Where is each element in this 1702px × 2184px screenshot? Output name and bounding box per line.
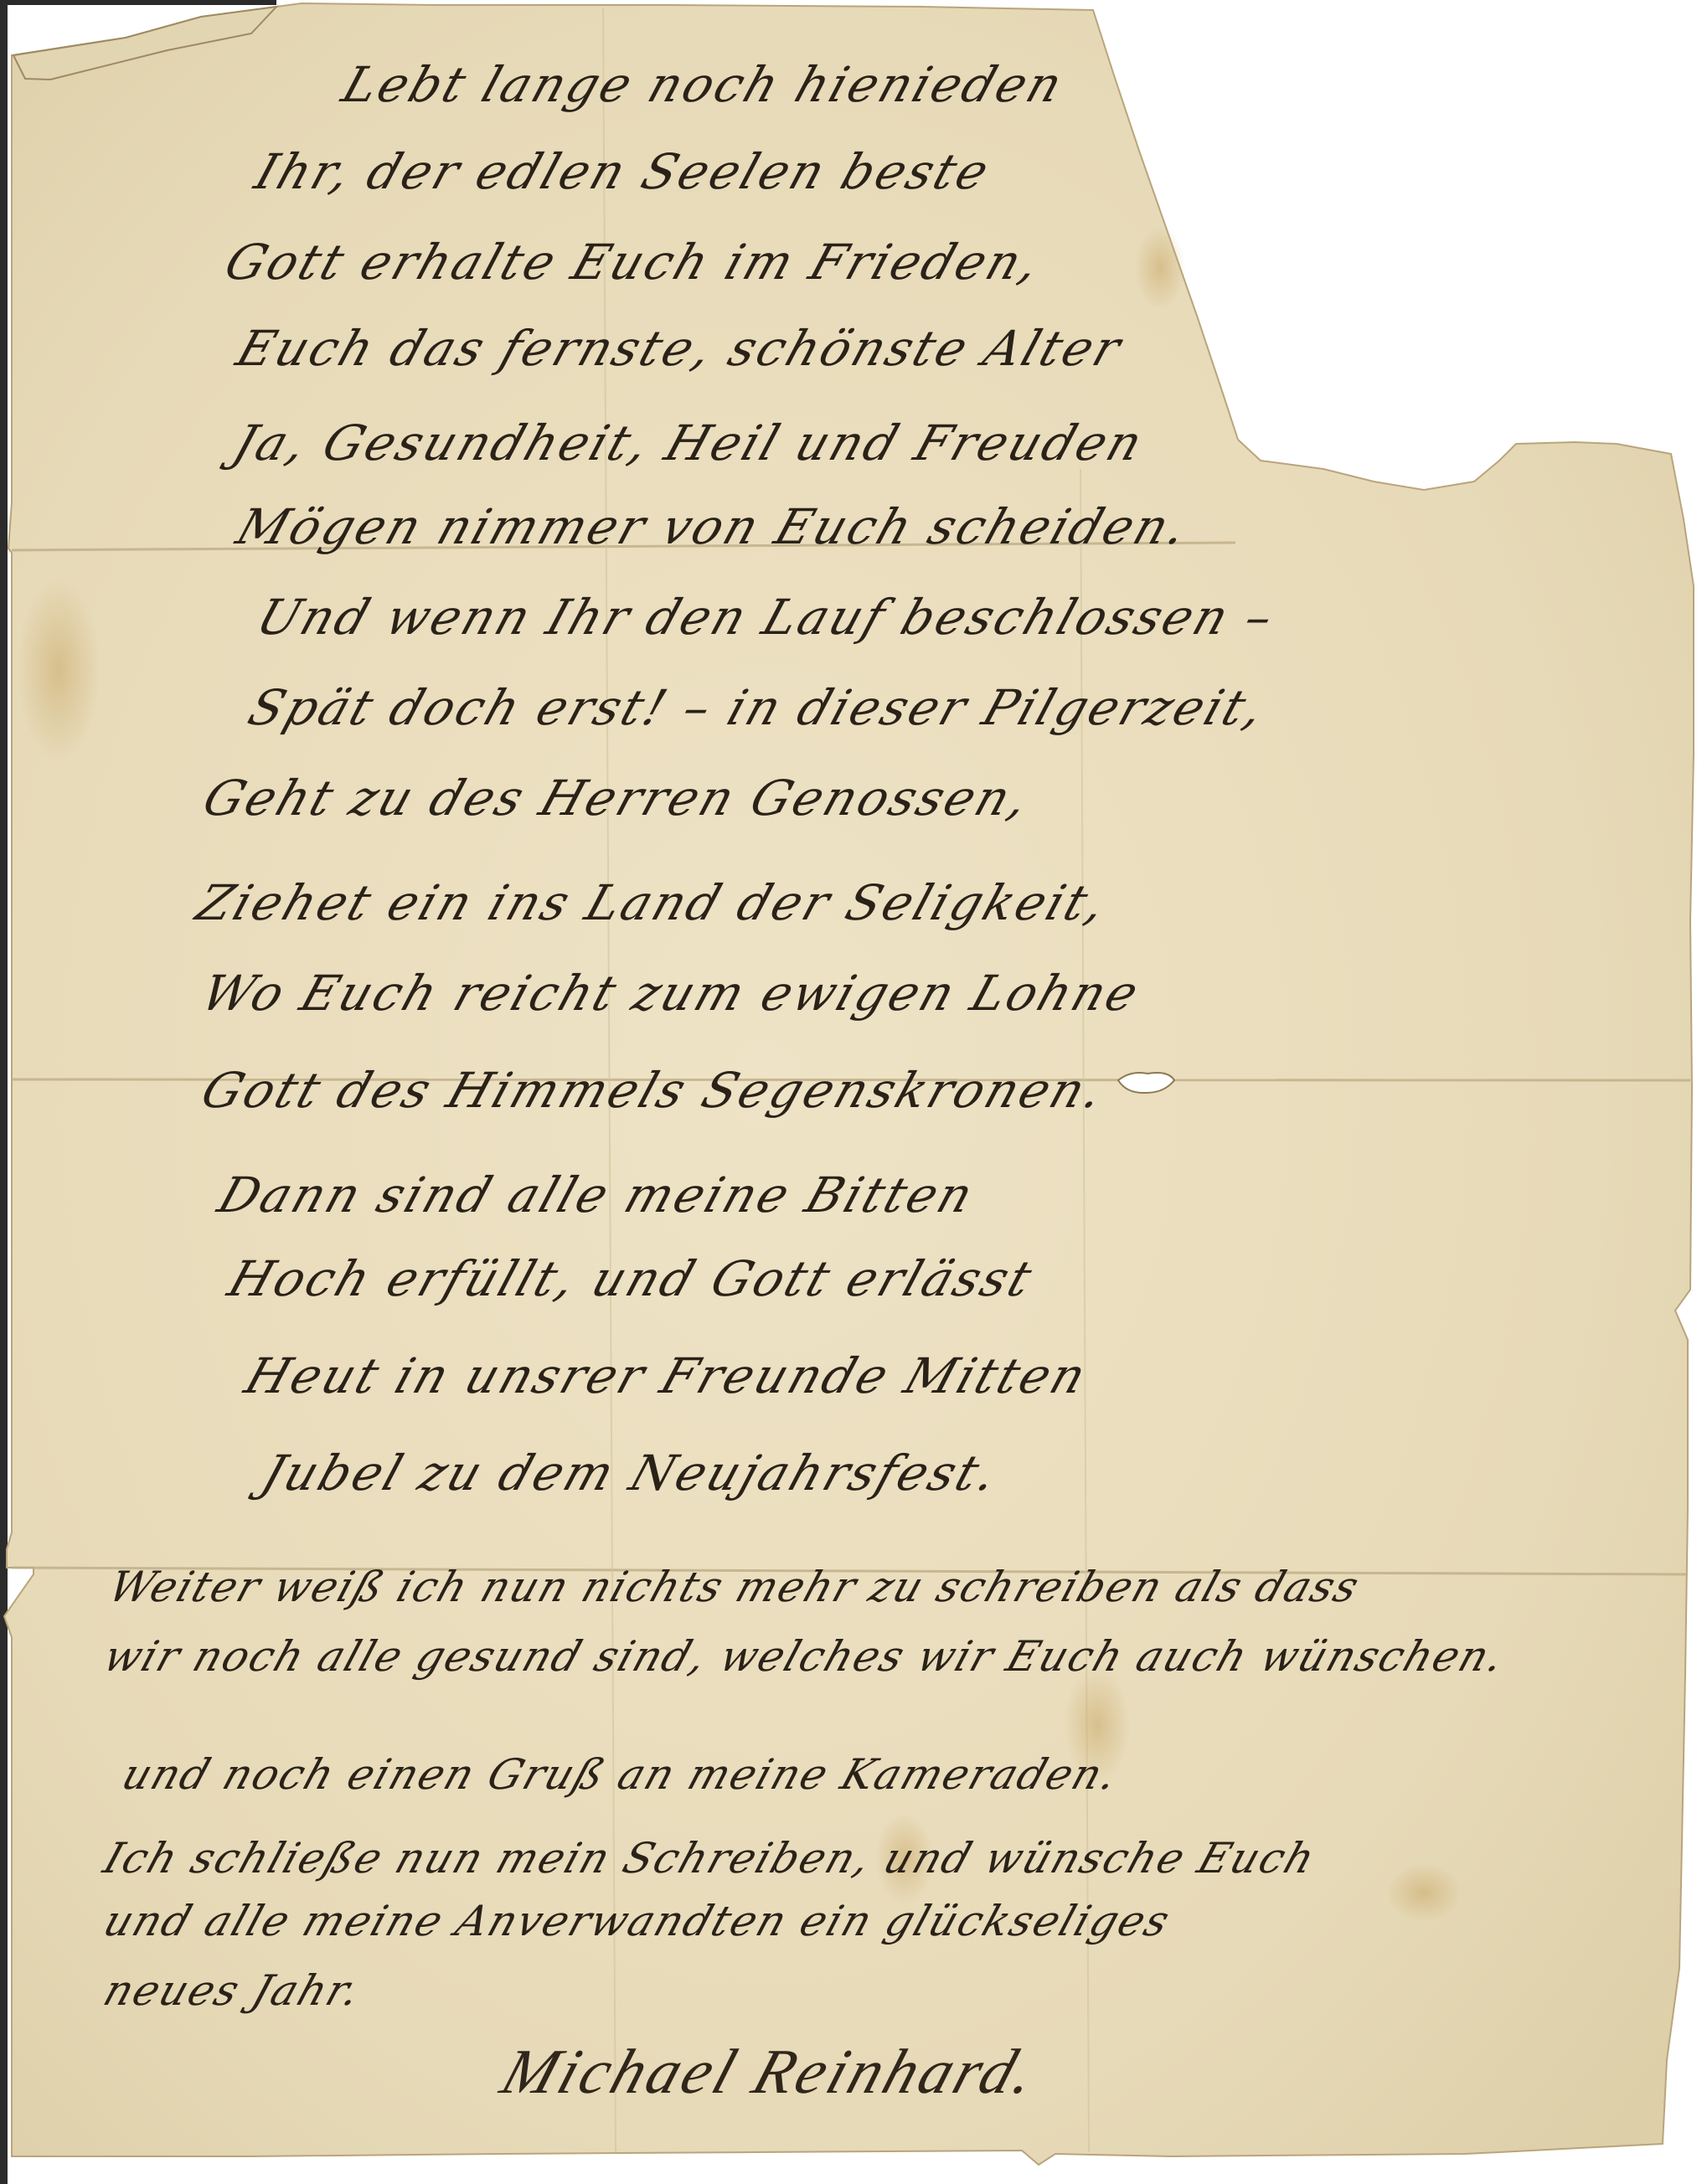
poem-line: Geht zu des Herren Genossen, [198,774,1037,822]
signature: Michael Reinhard. [494,2040,1047,2104]
poem-line: Gott erhalte Euch im Frieden, [219,238,1048,286]
prose-line: und alle meine Anverwandten ein glücksel… [99,1900,1176,1942]
poem-line: Spät doch erst! – in dieser Pilgerzeit, [243,683,1272,732]
poem-line: Euch das fernste, schönste Alter [231,324,1128,373]
poem-line: Ja, Gesundheit, Heil und Freuden [228,419,1150,467]
letter-text: Lebt lange noch hienieden Ihr, der edlen… [0,0,1702,2184]
poem-line: Ziehet ein ins Land der Seligkeit, [191,878,1114,927]
poem-line: Heut in unsrer Freunde Mitten [240,1352,1094,1400]
poem-line: Und wenn Ihr den Lauf beschlossen – [251,593,1282,641]
poem-line: Lebt lange noch hienieden [337,60,1070,109]
poem-line: Jubel zu dem Neujahrsfest. [256,1449,1005,1497]
poem-line: Mögen nimmer von Euch scheiden. [231,502,1195,551]
prose-line: neues Jahr. [99,1970,367,2011]
poem-line: Dann sind alle meine Bitten [213,1171,981,1219]
prose-line: wir noch alle gesund sind, welches wir E… [99,1635,1511,1677]
prose-line: Weiter weiß ich nun nichts mehr zu schre… [104,1566,1365,1608]
poem-line: Wo Euch reicht zum ewigen Lohne [196,969,1147,1017]
poem-line: Hoch erfüllt, und Gott erlässt [223,1254,1039,1303]
prose-line: Ich schließe nun mein Schreiben, und wün… [99,1837,1321,1879]
poem-line: Ihr, der edlen Seelen beste [250,147,997,196]
poem-line: Gott des Himmels Segenskronen. [196,1066,1111,1115]
prose-line: und noch einen Gruß an meine Kameraden. [117,1754,1124,1795]
